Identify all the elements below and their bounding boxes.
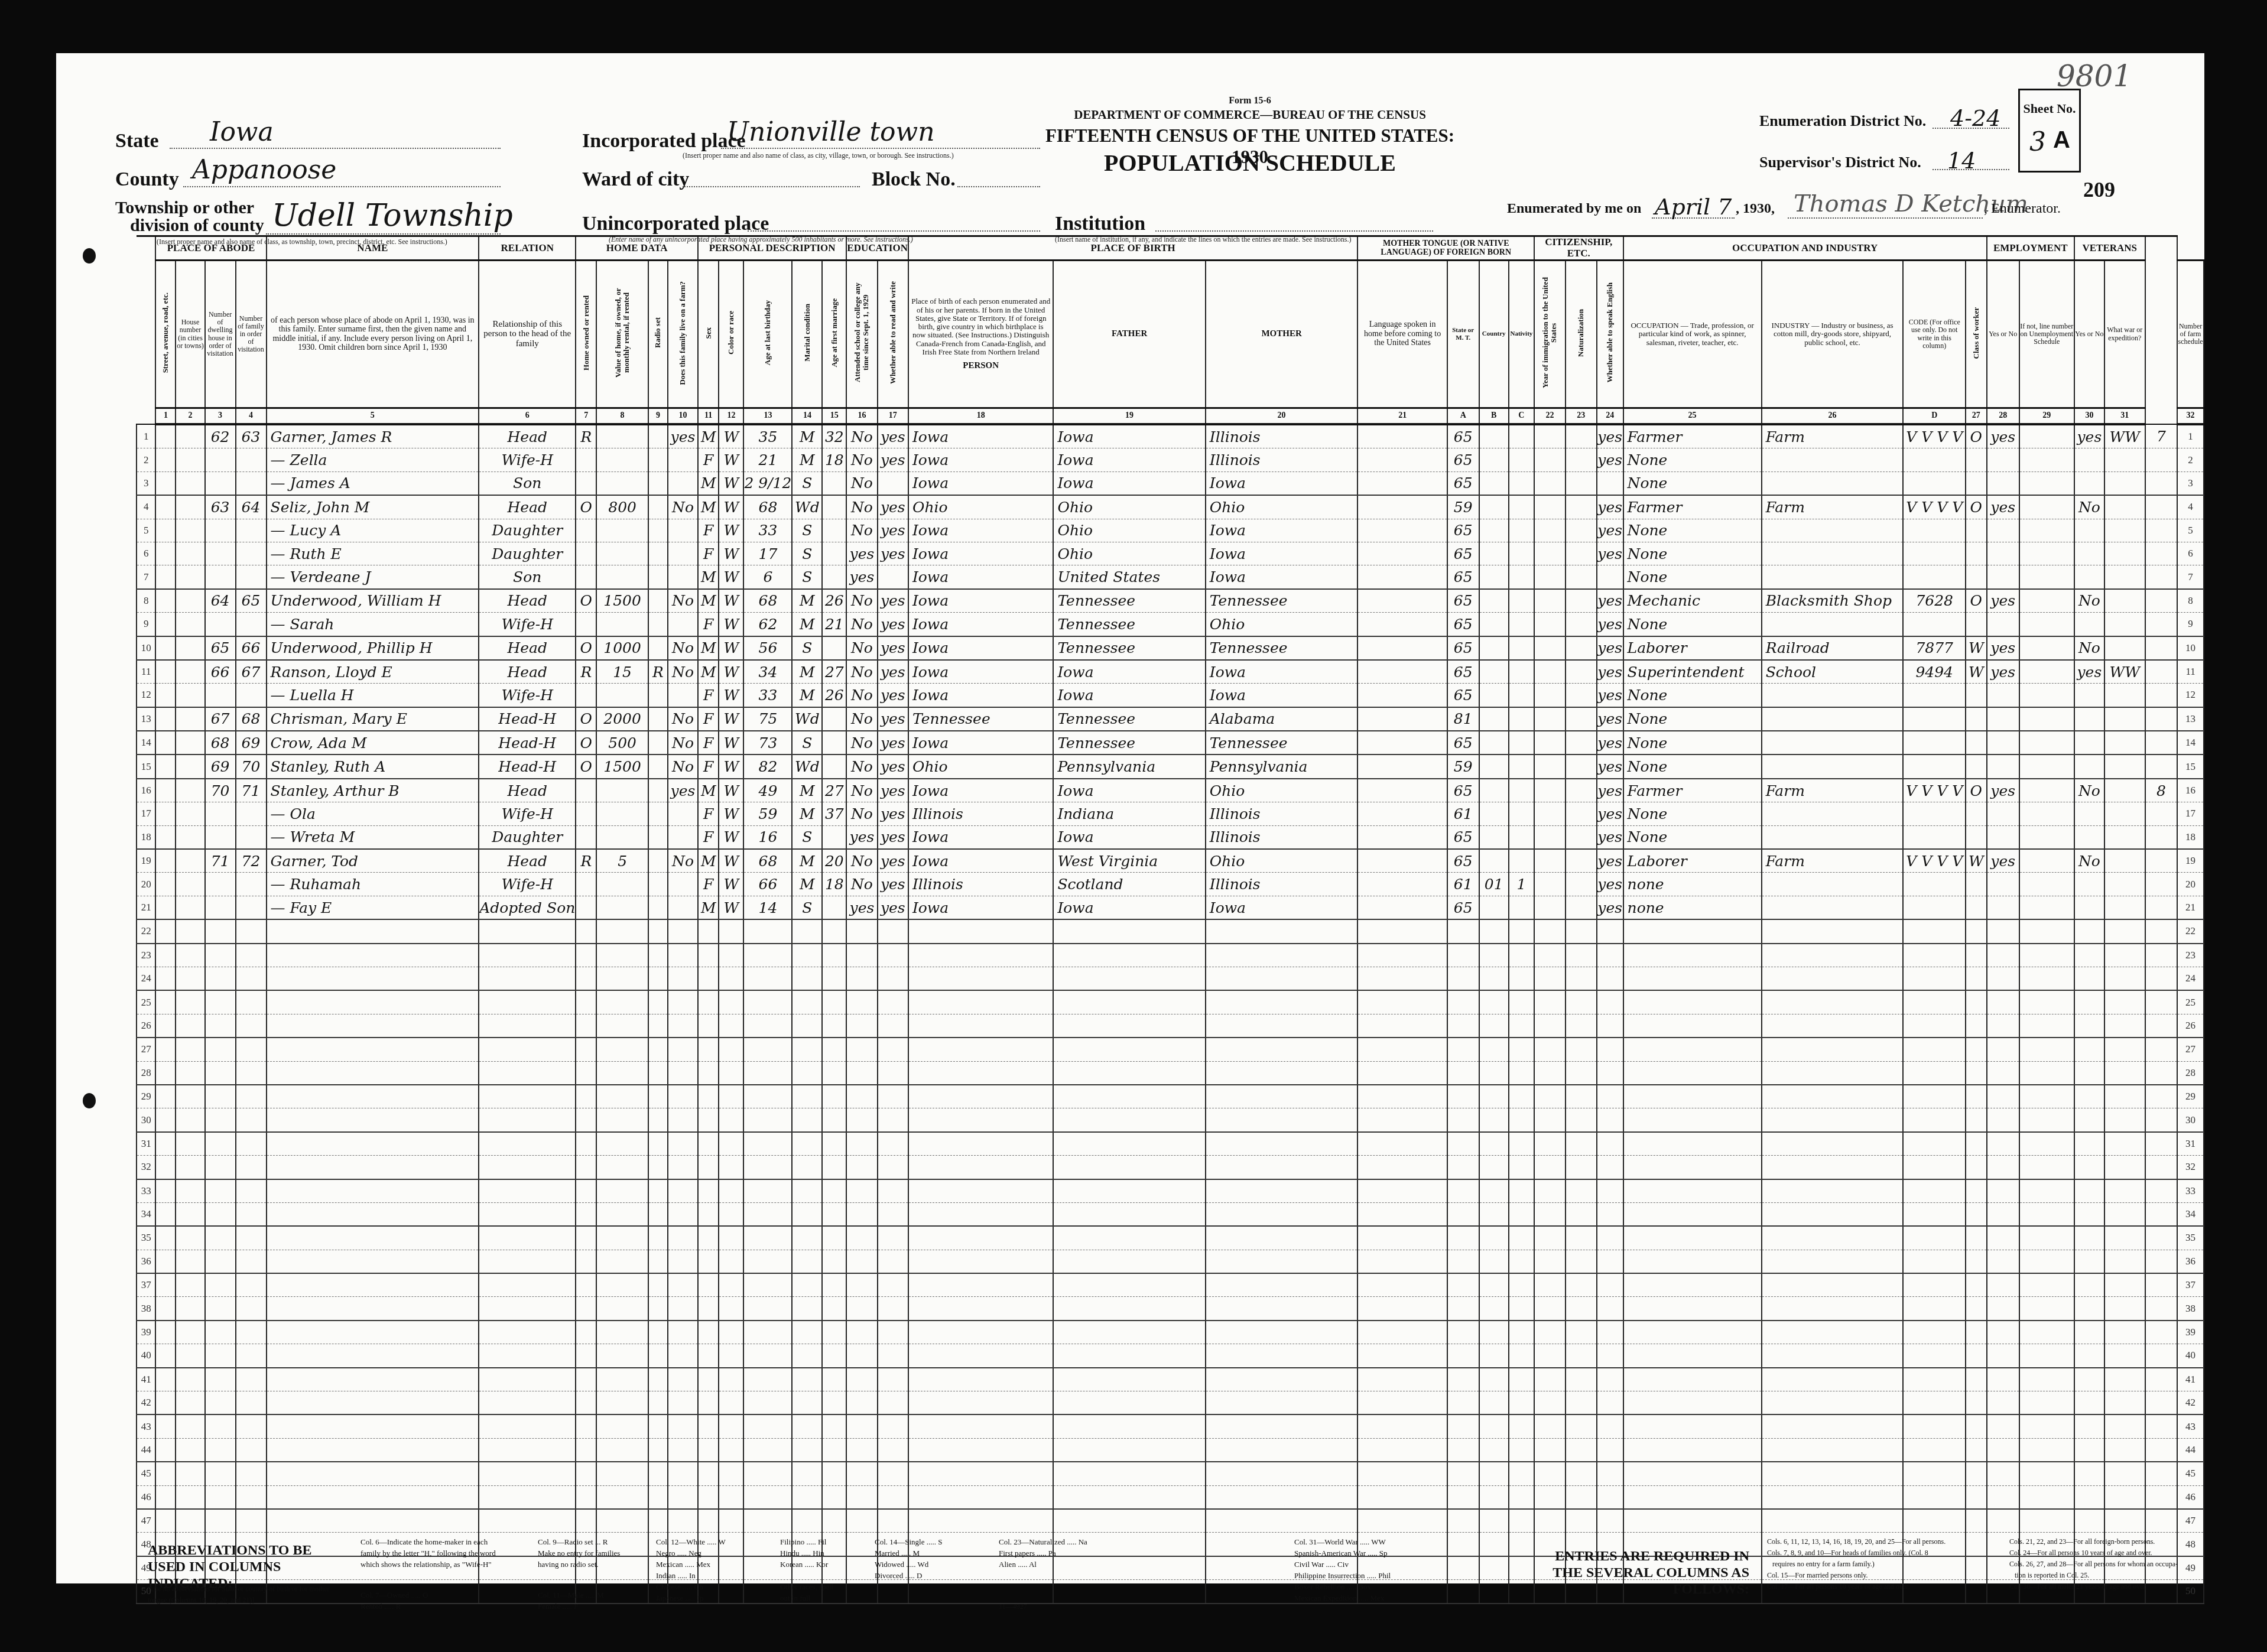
cell-immig <box>1534 448 1566 471</box>
person-name <box>267 1156 479 1179</box>
occupation <box>1623 1438 1762 1462</box>
cell-owned <box>576 1297 596 1321</box>
cell-english: yes <box>1597 849 1623 873</box>
cell-farm-sched <box>2145 519 2177 542</box>
birthplace <box>908 1156 1053 1179</box>
cell-lang <box>1357 1132 1447 1156</box>
birthplace <box>908 1438 1053 1462</box>
father-birthplace: Iowa <box>1053 424 1205 448</box>
cell-war <box>2104 1085 2145 1108</box>
mother-birthplace <box>1206 1085 1358 1108</box>
cell-value <box>596 1509 648 1533</box>
cell-natur <box>1566 448 1597 471</box>
cell-codeD <box>1903 755 1966 778</box>
table-row: 3737 <box>137 1273 2204 1297</box>
cell-unemp-line <box>2019 731 2074 755</box>
cell-age: 49 <box>743 779 792 802</box>
line-number-right: 20 <box>2177 873 2204 896</box>
father-birthplace: Tennessee <box>1053 707 1205 731</box>
cell-dwelling: 62 <box>205 424 236 448</box>
cell-sex: M <box>698 424 719 448</box>
cell-dwelling <box>205 1226 236 1250</box>
cell-farm-sched <box>2145 495 2177 519</box>
industry: School <box>1762 660 1904 684</box>
relation: Head <box>479 424 576 448</box>
cell-age: 35 <box>743 424 792 448</box>
cell-codeA: 65 <box>1447 849 1479 873</box>
column-number: 14 <box>792 408 822 425</box>
cell-school: No <box>846 707 877 731</box>
cell-age-marriage <box>822 896 846 919</box>
cell-veteran: No <box>2074 589 2104 613</box>
cell-race <box>719 1250 743 1273</box>
cell-natur <box>1566 1344 1597 1368</box>
unincorporated-line <box>748 230 1040 232</box>
line-number: 34 <box>137 1202 155 1226</box>
mother-birthplace: Illinois <box>1206 873 1358 896</box>
cell-sex <box>698 1014 719 1038</box>
cell-school <box>846 1250 877 1273</box>
cell-codeC <box>1509 1038 1534 1061</box>
cell-value <box>596 1438 648 1462</box>
col-30-header: Yes or No <box>2074 261 2104 408</box>
cell-codeC <box>1509 660 1534 684</box>
cell-war <box>2104 896 2145 919</box>
cell-school: No <box>846 873 877 896</box>
cell-lang <box>1357 1156 1447 1179</box>
person-name: — Fay E <box>267 896 479 919</box>
cell-age <box>743 967 792 990</box>
cell-codeC: 1 <box>1509 873 1534 896</box>
occupation: None <box>1623 802 1762 825</box>
line-number: 26 <box>137 1014 155 1038</box>
mother-birthplace <box>1206 967 1358 990</box>
cell-radio <box>648 1179 668 1203</box>
col-15-header: Age at first marriage <box>830 298 839 368</box>
cell-farm-sched <box>2145 849 2177 873</box>
birthplace <box>908 1250 1053 1273</box>
cell-english: yes <box>1597 896 1623 919</box>
cell-sex: F <box>698 448 719 471</box>
cell-house <box>176 825 204 849</box>
relation: Wife-H <box>479 873 576 896</box>
cell-codeC <box>1509 707 1534 731</box>
birthplace <box>908 1414 1053 1438</box>
state-line <box>170 148 501 149</box>
cell-farm: No <box>668 660 698 684</box>
cell-street <box>155 1085 176 1108</box>
cell-natur <box>1566 849 1597 873</box>
cell-lang <box>1357 1273 1447 1297</box>
cell-immig <box>1534 1438 1566 1462</box>
cell-farm: yes <box>668 779 698 802</box>
cell-war <box>2104 471 2145 495</box>
township-label-2: division of county <box>130 216 264 236</box>
table-row: 2525 <box>137 990 2204 1014</box>
cell-lang <box>1357 519 1447 542</box>
birthplace: Iowa <box>908 424 1053 448</box>
cell-natur <box>1566 471 1597 495</box>
cell-radio <box>648 1061 668 1085</box>
cell-codeA: 59 <box>1447 495 1479 519</box>
cell-school: No <box>846 519 877 542</box>
cell-school: No <box>846 755 877 778</box>
relation <box>479 1485 576 1509</box>
relation <box>479 1132 576 1156</box>
cell-marital <box>792 990 822 1014</box>
cell-lang <box>1357 707 1447 731</box>
person-name: — Sarah <box>267 613 479 636</box>
industry <box>1762 519 1904 542</box>
cell-value <box>596 1391 648 1415</box>
punch-hole <box>83 1093 96 1108</box>
cell-at-work: yes <box>1987 849 2019 873</box>
table-row: 4646 <box>137 1485 2204 1509</box>
cell-value <box>596 1202 648 1226</box>
birthplace <box>908 1321 1053 1344</box>
cell-street <box>155 1414 176 1438</box>
cell-radio <box>648 636 668 660</box>
birthplace: Iowa <box>908 779 1053 802</box>
cell-sex: F <box>698 755 719 778</box>
cell-codeD <box>1903 1485 1966 1509</box>
cell-codeC <box>1509 471 1534 495</box>
cell-english <box>1597 1462 1623 1485</box>
cell-radio <box>648 684 668 707</box>
table-row: 116667Ranson, Lloyd EHeadR15RNoMW34M27No… <box>137 660 2204 684</box>
cell-codeA <box>1447 1179 1479 1203</box>
cell-lang <box>1357 873 1447 896</box>
enumerated-year: , 1930, <box>1736 201 1775 217</box>
table-row: 18— Wreta MDaughterFW16SyesyesIowaIowaIl… <box>137 825 2204 849</box>
cell-race: W <box>719 825 743 849</box>
cell-codeA <box>1447 919 1479 943</box>
cell-veteran: No <box>2074 779 2104 802</box>
occupation <box>1623 990 1762 1014</box>
cell-lang <box>1357 1014 1447 1038</box>
cell-farm-sched <box>2145 1226 2177 1250</box>
cell-sex <box>698 1250 719 1273</box>
enumerated-date: April 7 <box>1655 194 1732 220</box>
cell-street <box>155 873 176 896</box>
cell-war <box>2104 684 2145 707</box>
father-birthplace <box>1053 1132 1205 1156</box>
cell-immig <box>1534 1156 1566 1179</box>
cell-natur <box>1566 1250 1597 1273</box>
mother-birthplace <box>1206 1414 1358 1438</box>
cell-street <box>155 448 176 471</box>
father-birthplace <box>1053 1226 1205 1250</box>
cell-value <box>596 424 648 448</box>
cell-dwelling <box>205 1462 236 1485</box>
relation: Head <box>479 779 576 802</box>
cell-lang <box>1357 1038 1447 1061</box>
cell-unemp-line <box>2019 519 2074 542</box>
cell-family <box>236 1273 267 1297</box>
person-name <box>267 1179 479 1203</box>
col-31-header: What war or expedition? <box>2104 261 2145 408</box>
birthplace <box>908 1038 1053 1061</box>
cell-farm-sched <box>2145 1250 2177 1273</box>
cell-lang <box>1357 1202 1447 1226</box>
cell-farm-sched <box>2145 471 2177 495</box>
cell-veteran <box>2074 1132 2104 1156</box>
cell-codeA <box>1447 1344 1479 1368</box>
cell-school: No <box>846 471 877 495</box>
column-number: 29 <box>2019 408 2074 425</box>
cell-codeA <box>1447 1014 1479 1038</box>
birthplace <box>908 967 1053 990</box>
cell-value <box>596 825 648 849</box>
cell-english <box>1597 967 1623 990</box>
occupation: Mechanic <box>1623 589 1762 613</box>
cell-worker-class <box>1966 990 1987 1014</box>
cell-age: 62 <box>743 613 792 636</box>
cell-english: yes <box>1597 779 1623 802</box>
col-14-header: Marital condition <box>803 304 811 362</box>
cell-english: yes <box>1597 684 1623 707</box>
cell-farm <box>668 1250 698 1273</box>
cell-read: yes <box>878 424 908 448</box>
cell-school: yes <box>846 896 877 919</box>
cell-at-work: yes <box>1987 779 2019 802</box>
cell-war <box>2104 779 2145 802</box>
cell-at-work <box>1987 944 2019 967</box>
cell-value: 500 <box>596 731 648 755</box>
cell-lang <box>1357 660 1447 684</box>
cell-race <box>719 1132 743 1156</box>
cell-house <box>176 1226 204 1250</box>
table-row: 2727 <box>137 1038 2204 1061</box>
cell-school <box>846 1344 877 1368</box>
group-personal-description: PERSONAL DESCRIPTION <box>698 236 846 261</box>
cell-school: No <box>846 636 877 660</box>
cell-farm-sched <box>2145 448 2177 471</box>
cell-owned <box>576 1108 596 1132</box>
person-name: Stanley, Ruth A <box>267 755 479 778</box>
person-name <box>267 1108 479 1132</box>
cell-unemp-line <box>2019 1321 2074 1344</box>
cell-read <box>878 1226 908 1250</box>
table-row: 2323 <box>137 944 2204 967</box>
cell-codeB <box>1479 542 1509 565</box>
person-name <box>267 919 479 943</box>
cell-english <box>1597 1156 1623 1179</box>
cell-street <box>155 1132 176 1156</box>
cell-sex: M <box>698 896 719 919</box>
cell-codeC <box>1509 731 1534 755</box>
cell-house <box>176 1179 204 1203</box>
cell-age-marriage <box>822 1132 846 1156</box>
cell-farm <box>668 967 698 990</box>
cell-farm-sched <box>2145 731 2177 755</box>
father-birthplace: Iowa <box>1053 779 1205 802</box>
cell-at-work <box>1987 1485 2019 1509</box>
relation <box>479 1462 576 1485</box>
cell-house <box>176 944 204 967</box>
cell-war <box>2104 849 2145 873</box>
cell-dwelling <box>205 1132 236 1156</box>
cell-read <box>878 565 908 589</box>
department-title: DEPARTMENT OF COMMERCE—BUREAU OF THE CEN… <box>1073 108 1427 122</box>
cell-family: 70 <box>236 755 267 778</box>
occupation <box>1623 1321 1762 1344</box>
cell-marital <box>792 1462 822 1485</box>
cell-farm-sched <box>2145 825 2177 849</box>
cell-codeA <box>1447 990 1479 1014</box>
cell-codeD <box>1903 1273 1966 1297</box>
cell-english <box>1597 1085 1623 1108</box>
cell-worker-class <box>1966 684 1987 707</box>
cell-codeD <box>1903 731 1966 755</box>
cell-codeC <box>1509 1414 1534 1438</box>
relation <box>479 1202 576 1226</box>
cell-value: 1000 <box>596 636 648 660</box>
cell-codeC <box>1509 1509 1534 1533</box>
cell-race <box>719 1414 743 1438</box>
cell-farm-sched: 7 <box>2145 424 2177 448</box>
cell-marital <box>792 1226 822 1250</box>
cell-owned <box>576 919 596 943</box>
father-birthplace: Ohio <box>1053 519 1205 542</box>
cell-immig <box>1534 1226 1566 1250</box>
cell-natur <box>1566 636 1597 660</box>
cell-sex: F <box>698 519 719 542</box>
cell-unemp-line <box>2019 542 2074 565</box>
cell-codeB <box>1479 919 1509 943</box>
cell-war <box>2104 1132 2145 1156</box>
cell-house <box>176 1156 204 1179</box>
cell-sex <box>698 1368 719 1391</box>
cell-marital: Wd <box>792 495 822 519</box>
cell-house <box>176 1438 204 1462</box>
cell-read <box>878 1414 908 1438</box>
cell-school <box>846 1414 877 1438</box>
cell-race: W <box>719 519 743 542</box>
cell-school: No <box>846 731 877 755</box>
cell-codeD <box>1903 1321 1966 1344</box>
mother-birthplace: Illinois <box>1206 825 1358 849</box>
cell-marital <box>792 1132 822 1156</box>
mother-birthplace <box>1206 1509 1358 1533</box>
cell-codeD <box>1903 1014 1966 1038</box>
cell-codeA: 65 <box>1447 519 1479 542</box>
column-number: 30 <box>2074 408 2104 425</box>
cell-farm <box>668 565 698 589</box>
cell-sex <box>698 1156 719 1179</box>
cell-family: 72 <box>236 849 267 873</box>
cell-age <box>743 1061 792 1085</box>
industry <box>1762 967 1904 990</box>
relation: Son <box>479 471 576 495</box>
cell-natur <box>1566 919 1597 943</box>
birthplace: Iowa <box>908 636 1053 660</box>
cell-age-marriage <box>822 731 846 755</box>
cell-owned <box>576 1085 596 1108</box>
cell-unemp-line <box>2019 1085 2074 1108</box>
entries-list-b: Cols. 21, 22, and 23—For all foreign-bor… <box>2009 1536 2178 1592</box>
cell-worker-class <box>1966 1061 1987 1085</box>
cell-dwelling <box>205 1438 236 1462</box>
industry <box>1762 1273 1904 1297</box>
cell-family <box>236 1391 267 1415</box>
cell-value <box>596 1061 648 1085</box>
cell-farm-sched: 8 <box>2145 779 2177 802</box>
cell-farm <box>668 990 698 1014</box>
cell-lang <box>1357 1438 1447 1462</box>
industry <box>1762 1321 1904 1344</box>
col-2-header: House number (in cities or towns) <box>176 261 204 408</box>
cell-worker-class <box>1966 1414 1987 1438</box>
relation: Daughter <box>479 825 576 849</box>
cell-dwelling <box>205 1038 236 1061</box>
cell-worker-class <box>1966 565 1987 589</box>
cell-codeC <box>1509 849 1534 873</box>
cell-family <box>236 1321 267 1344</box>
cell-value <box>596 990 648 1014</box>
cell-unemp-line <box>2019 1014 2074 1038</box>
group-employment: EMPLOYMENT <box>1987 236 2074 261</box>
person-name: — Ruth E <box>267 542 479 565</box>
cell-dwelling <box>205 684 236 707</box>
father-birthplace: Tennessee <box>1053 589 1205 613</box>
cell-sex: F <box>698 802 719 825</box>
cell-age-marriage <box>822 471 846 495</box>
table-row: 3131 <box>137 1132 2204 1156</box>
group-place-of-abode: PLACE OF ABODE <box>155 236 266 261</box>
cell-family <box>236 448 267 471</box>
cell-radio <box>648 1462 668 1485</box>
cell-codeD <box>1903 1344 1966 1368</box>
table-row: 16263Garner, James RHeadRyesMW35M32Noyes… <box>137 424 2204 448</box>
cell-race: W <box>719 589 743 613</box>
cell-read: yes <box>878 802 908 825</box>
cell-codeB <box>1479 825 1509 849</box>
cell-unemp-line <box>2019 1108 2074 1132</box>
cell-family: 67 <box>236 660 267 684</box>
cell-farm-sched <box>2145 565 2177 589</box>
cell-owned <box>576 684 596 707</box>
cell-codeA <box>1447 1226 1479 1250</box>
cell-street <box>155 1321 176 1344</box>
cell-value <box>596 565 648 589</box>
cell-dwelling <box>205 613 236 636</box>
cell-radio <box>648 1297 668 1321</box>
cell-age-marriage <box>822 1226 846 1250</box>
cell-farm <box>668 1462 698 1485</box>
cell-unemp-line <box>2019 802 2074 825</box>
cell-race <box>719 1202 743 1226</box>
cell-immig <box>1534 849 1566 873</box>
industry <box>1762 731 1904 755</box>
person-name: — Zella <box>267 448 479 471</box>
cell-veteran <box>2074 1368 2104 1391</box>
incorporated-note: (Insert proper name and also name of cla… <box>683 151 954 160</box>
line-number-right: 7 <box>2177 565 2204 589</box>
cell-codeC <box>1509 1485 1534 1509</box>
table-row: 6— Ruth EDaughterFW17SyesyesIowaOhioIowa… <box>137 542 2204 565</box>
line-number-right: 26 <box>2177 1014 2204 1038</box>
industry: Railroad <box>1762 636 1904 660</box>
cell-family: 71 <box>236 779 267 802</box>
line-number: 44 <box>137 1438 155 1462</box>
cell-marital: M <box>792 849 822 873</box>
industry: Blacksmith Shop <box>1762 589 1904 613</box>
cell-dwelling <box>205 919 236 943</box>
cell-radio <box>648 873 668 896</box>
cell-codeC <box>1509 1368 1534 1391</box>
cell-natur <box>1566 896 1597 919</box>
